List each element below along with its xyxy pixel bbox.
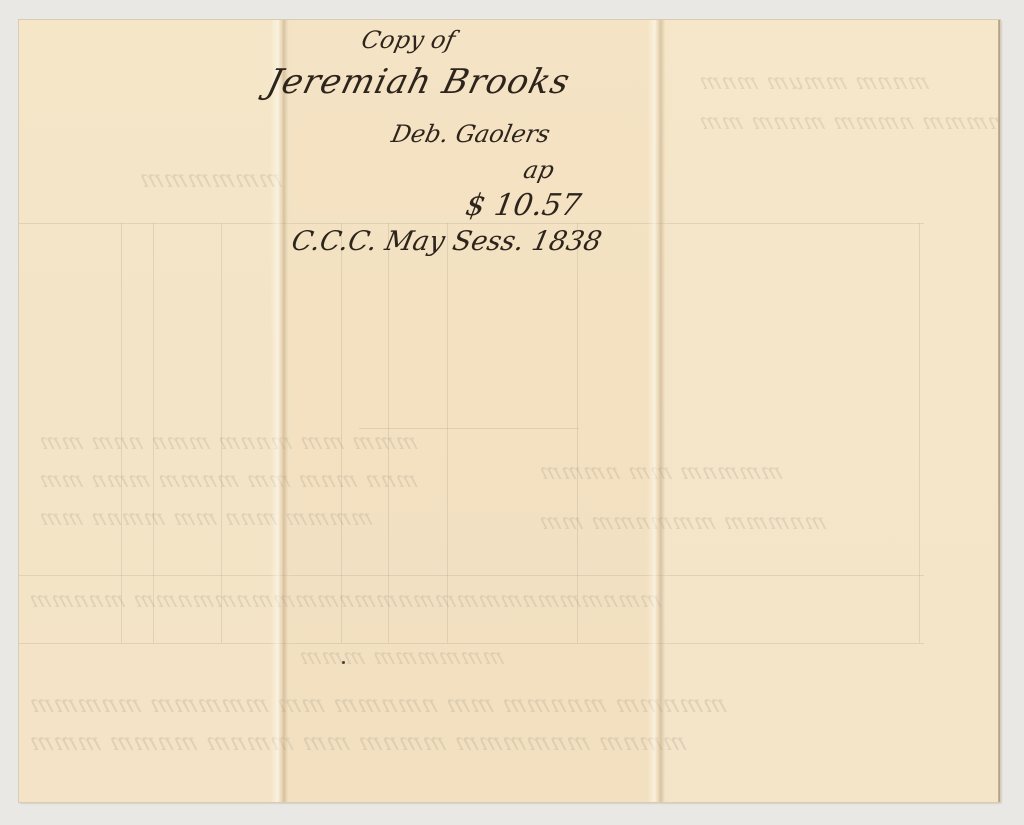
ghost-script: mnmmm mmmnmm mm: [535, 510, 830, 535]
ghost-script: mmm mm mnnm mmn nnm mm: [35, 430, 421, 455]
docket-amount: $ 10.57: [463, 188, 584, 223]
ghost-script: mmmmmm mmm: [295, 645, 508, 670]
docket-session: C.C.C. May Sess. 1838: [289, 226, 605, 257]
ghost-script: mnnmmm nmmm mnnm mm: [695, 110, 1000, 135]
docket-office: Deb. Gaolers: [389, 120, 553, 148]
docket-name: Jeremiah Brooks: [263, 62, 574, 102]
ghost-script: mmnmmmnmmmmmnmmnmmmmnmmnmm mnnmm: [25, 588, 665, 613]
ghost-script: mmmm mnn mm mmnn mm: [35, 506, 376, 531]
ghost-script: mnn mnm mm mnmm mmn mm: [35, 468, 421, 493]
ghost-rule: [447, 223, 448, 643]
docket-copy-of: Copy of: [359, 26, 458, 54]
ghost-rule: [577, 223, 578, 643]
docket-abbrev: ap: [521, 156, 557, 184]
ghost-rule: [19, 223, 924, 224]
ghost-script: mnnm mmum mnm: [695, 70, 933, 95]
panel-right: [660, 20, 1000, 802]
ghost-rule: [19, 643, 924, 644]
ghost-rule: [19, 575, 924, 576]
ghost-script: mmnmm mnnmm mm nmnmm mm mmmmm mnmmm: [24, 690, 730, 718]
fold-crease-right: [647, 20, 673, 802]
ghost-rule: [919, 223, 920, 643]
ink-speck: [342, 661, 345, 664]
ghost-script: mmmmmm: [134, 165, 286, 193]
panel-left: [19, 20, 283, 802]
fold-crease-left: [270, 20, 296, 802]
ghost-script: mmnm mnmmmm mmnm mm mmnm mnmm mmm: [24, 728, 690, 756]
ghost-rule: [359, 428, 579, 429]
